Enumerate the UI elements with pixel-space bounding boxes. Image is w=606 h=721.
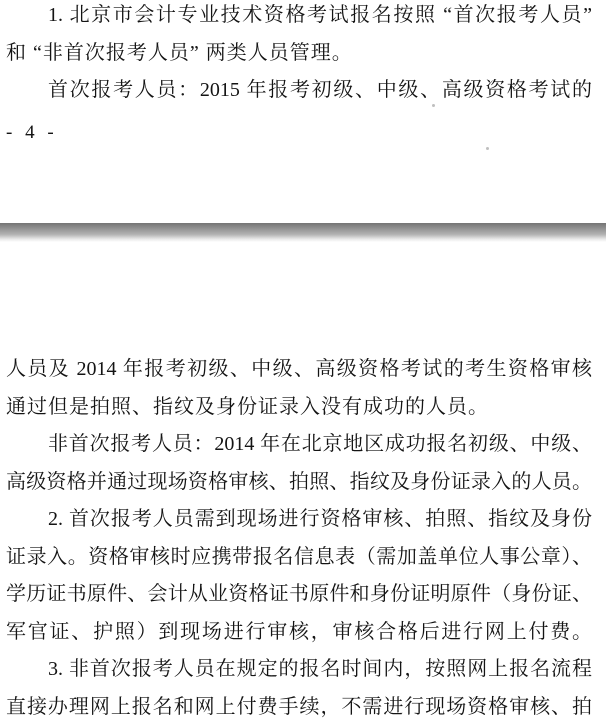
text-line: 高级资格并通过现场资格审核、拍照、指纹及身份证录入的人员。 xyxy=(6,464,592,502)
text-line: 首次报考人员：2015 年报考初级、中级、高级资格考试的 xyxy=(6,72,592,110)
text-line: 证录入。资格审核时应携带报名信息表（需加盖单位人事公章）、 xyxy=(6,539,592,577)
text-line: 军官证、护照）到现场进行审核，审核合格后进行网上付费。 xyxy=(6,614,592,652)
document-page-view: 1. 北京市会计专业技术资格考试报名按照 “首次报考人员” 和 “非首次报考人员… xyxy=(0,0,606,721)
text-line: 3. 非首次报考人员在规定的报名时间内，按照网上报名流程 xyxy=(6,651,592,689)
text-line: 人员及 2014 年报考初级、中级、高级资格考试的考生资格审核 xyxy=(6,351,592,389)
text-line: 和 “非首次报考人员” 两类人员管理。 xyxy=(6,35,592,73)
text-line: 2. 首次报考人员需到现场进行资格审核、拍照、指纹及身份 xyxy=(6,501,592,539)
text-line: 1. 北京市会计专业技术资格考试报名按照 “首次报考人员” xyxy=(6,0,592,35)
text-line: 非首次报考人员：2014 年在北京地区成功报名初级、中级、 xyxy=(6,426,592,464)
scan-noise-dot xyxy=(77,473,80,476)
text-line: 学历证书原件、会计从业资格证书原件和身份证明原件（身份证、 xyxy=(6,576,592,614)
page-separator xyxy=(0,223,606,242)
text-line: 直接办理网上报名和网上付费手续，不需进行现场资格审核、拍 xyxy=(6,689,592,721)
scan-noise-dot xyxy=(432,104,435,107)
page-number: - 4 - xyxy=(6,122,592,144)
page-5-top: 人员及 2014 年报考初级、中级、高级资格考试的考生资格审核 通过但是拍照、指… xyxy=(6,351,592,721)
page-4-bottom: 1. 北京市会计专业技术资格考试报名按照 “首次报考人员” 和 “非首次报考人员… xyxy=(6,0,592,144)
scan-noise-dot xyxy=(486,147,489,150)
text-line: 通过但是拍照、指纹及身份证录入没有成功的人员。 xyxy=(6,389,592,427)
